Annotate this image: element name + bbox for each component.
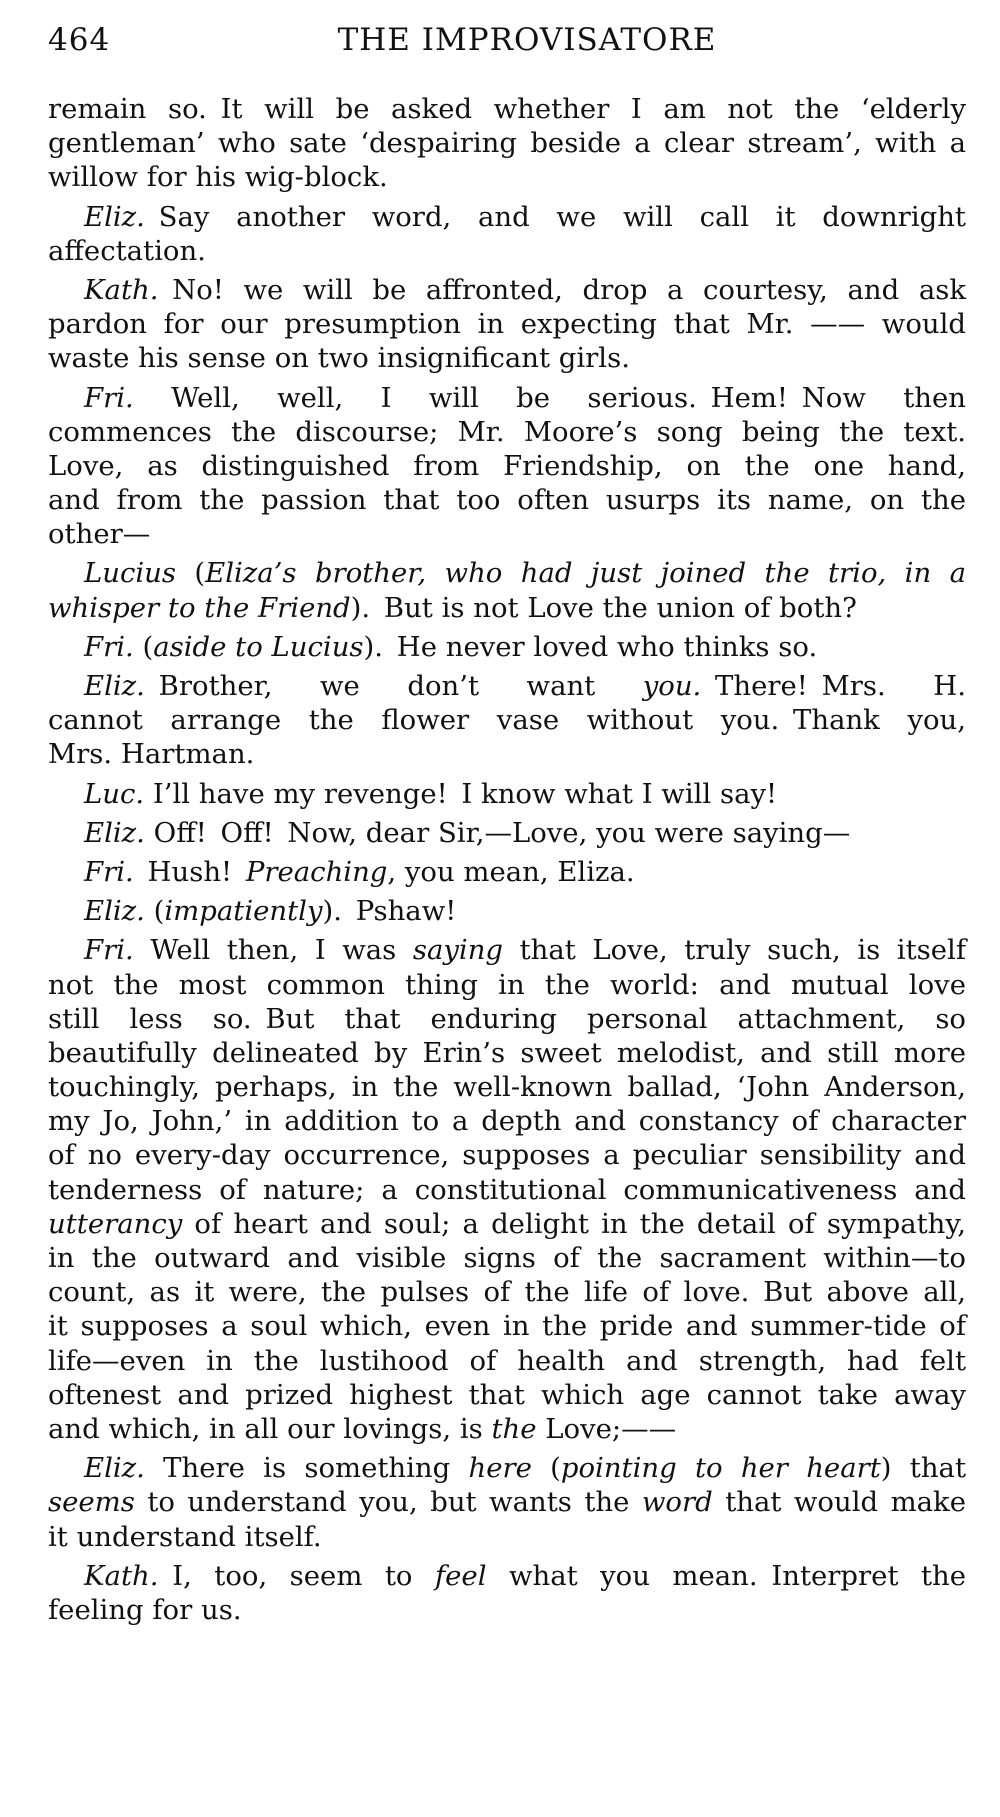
text-segment: I, too, seem to: [158, 1560, 435, 1592]
dialogue-paragraph: Luc. I’ll have my revenge! I know what I…: [48, 777, 966, 811]
speaker-name: Eliz.: [84, 201, 145, 233]
italic-text: aside to Lucius: [153, 631, 363, 663]
text-line: Mrs. Hartman.: [48, 737, 966, 771]
italic-text: pointing to her heart: [561, 1452, 881, 1484]
text-segment: Love, as distinguished from Friendship, …: [48, 450, 966, 482]
dialogue-paragraph: Fri. Well then, I was saying that Love, …: [48, 933, 966, 1446]
text-segment: still less so. But that enduring persona…: [48, 1003, 966, 1035]
text-segment: Well then, I was: [134, 934, 413, 966]
speaker-name: Fri.: [84, 382, 134, 414]
text-line: gentleman’ who sate ‘despairing beside a…: [48, 126, 966, 160]
text-segment: that would make: [713, 1486, 966, 1518]
text-segment: and from the passion that too often usur…: [48, 484, 966, 516]
text-line: Fri. (aside to Lucius). He never loved w…: [48, 630, 966, 664]
text-segment: I’ll have my revenge! I know what I will…: [144, 778, 777, 810]
text-segment: pardon for our presumption in expecting …: [48, 308, 966, 340]
dialogue-paragraph: Eliz. Off! Off! Now, dear Sir,—Love, you…: [48, 816, 966, 850]
text-segment: ) that: [881, 1452, 966, 1484]
text-line: not the most common thing in the world: …: [48, 968, 966, 1002]
text-segment: oftenest and prized highest that which a…: [48, 1379, 966, 1411]
speaker-name: Eliz.: [84, 1452, 145, 1484]
paragraph: remain so. It will be asked whether I am…: [48, 92, 966, 195]
text-segment: that Love, truly such, is itself: [503, 934, 966, 966]
text-segment: Off! Off! Now, dear Sir,—Love, you were …: [145, 817, 850, 849]
italic-text: seems: [48, 1486, 135, 1518]
italic-text: whisper to the Friend: [48, 592, 351, 624]
text-line: commences the discourse; Mr. Moore’s son…: [48, 415, 966, 449]
text-line: Eliz. There is something here (pointing …: [48, 1451, 966, 1485]
text-segment: tenderness of nature; a constitutional c…: [48, 1174, 966, 1206]
dialogue-paragraph: Kath. No! we will be affronted, drop a c…: [48, 273, 966, 376]
italic-text: Preaching: [246, 856, 388, 888]
text-line: life—even in the lustihood of health and…: [48, 1344, 966, 1378]
text-line: Eliz. (impatiently). Pshaw!: [48, 894, 966, 928]
text-segment: commences the discourse; Mr. Moore’s son…: [48, 416, 966, 448]
speaker-name: Fri.: [84, 934, 134, 966]
text-segment: it understand itself.: [48, 1521, 322, 1553]
text-segment: of no every-day occurrence, supposes a p…: [48, 1139, 966, 1171]
text-line: waste his sense on two insignificant gir…: [48, 341, 966, 375]
italic-text: utterancy: [48, 1208, 182, 1240]
text-line: seems to understand you, but wants the w…: [48, 1485, 966, 1519]
text-segment: touchingly, perhaps, in the well-known b…: [48, 1071, 966, 1103]
text-segment: it supposes a soul which, even in the pr…: [48, 1310, 966, 1342]
dialogue-paragraph: Eliz. (impatiently). Pshaw!: [48, 894, 966, 928]
text-line: remain so. It will be asked whether I am…: [48, 92, 966, 126]
text-segment: to understand you, but wants the: [135, 1486, 642, 1518]
text-line: and which, in all our lovings, is the Lo…: [48, 1412, 966, 1446]
speaker-name: Fri.: [84, 631, 134, 663]
text-line: Fri. Hush! Preaching, you mean, Eliza.: [48, 855, 966, 889]
text-segment: ). Pshaw!: [322, 895, 456, 927]
text-segment: ). He never loved who thinks so.: [364, 631, 818, 663]
text-segment: affectation.: [48, 235, 206, 267]
text-segment: Brother, we don’t want: [145, 670, 643, 702]
speaker-name: Luc.: [84, 778, 144, 810]
text-line: and from the passion that too often usur…: [48, 483, 966, 517]
text-line: still less so. But that enduring persona…: [48, 1002, 966, 1036]
speaker-name: Kath.: [84, 274, 158, 306]
speaker-name: Eliz.: [84, 895, 145, 927]
dialogue-paragraph: Eliz. There is something here (pointing …: [48, 1451, 966, 1554]
text-line: Kath. I, too, seem to feel what you mean…: [48, 1559, 966, 1593]
text-line: Love, as distinguished from Friendship, …: [48, 449, 966, 483]
dialogue-paragraph: Eliz. Brother, we don’t want you. There!…: [48, 669, 966, 772]
text-segment: other—: [48, 518, 150, 550]
dialogue-paragraph: Fri. Hush! Preaching, you mean, Eliza.: [48, 855, 966, 889]
text-line: willow for his wig-block.: [48, 160, 966, 194]
text-line: of no every-day occurrence, supposes a p…: [48, 1138, 966, 1172]
text-segment: life—even in the lustihood of health and…: [48, 1345, 966, 1377]
dialogue-paragraph: Fri. (aside to Lucius). He never loved w…: [48, 630, 966, 664]
text-segment: waste his sense on two insignificant gir…: [48, 342, 630, 374]
text-segment: of heart and soul; a delight in the deta…: [182, 1208, 966, 1240]
text-line: feeling for us.: [48, 1593, 966, 1627]
speaker-name: Kath.: [84, 1560, 158, 1592]
italic-text: here: [468, 1452, 531, 1484]
text-segment: Hush!: [134, 856, 246, 888]
text-segment: count, as it were, the pulses of the lif…: [48, 1276, 966, 1308]
text-line: touchingly, perhaps, in the well-known b…: [48, 1070, 966, 1104]
text-segment: what you mean. Interpret the: [487, 1560, 967, 1592]
text-segment: (: [532, 1452, 561, 1484]
running-title: THE IMPROVISATORE: [48, 22, 966, 58]
speaker-name: Eliz.: [84, 817, 145, 849]
text-line: other—: [48, 517, 966, 551]
text-line: tenderness of nature; a constitutional c…: [48, 1173, 966, 1207]
text-segment: willow for his wig-block.: [48, 161, 388, 193]
text-line: affectation.: [48, 234, 966, 268]
text-line: Fri. Well then, I was saying that Love, …: [48, 933, 966, 967]
text-segment: gentleman’ who sate ‘despairing beside a…: [48, 127, 966, 159]
text-line: whisper to the Friend). But is not Love …: [48, 591, 966, 625]
text-line: it understand itself.: [48, 1520, 966, 1554]
dialogue-paragraph: Fri. Well, well, I will be serious. Hem!…: [48, 381, 966, 552]
speaker-name: Fri.: [84, 856, 134, 888]
text-line: Fri. Well, well, I will be serious. Hem!…: [48, 381, 966, 415]
text-segment: Love;——: [537, 1413, 677, 1445]
text-segment: There! Mrs. H.: [701, 670, 966, 702]
text-line: Lucius (Eliza’s brother, who had just jo…: [48, 556, 966, 590]
speaker-name: Lucius: [84, 557, 176, 589]
text-segment: feeling for us.: [48, 1594, 242, 1626]
text-line: my Jo, John,’ in addition to a depth and…: [48, 1104, 966, 1138]
text-line: Eliz. Brother, we don’t want you. There!…: [48, 669, 966, 703]
text-segment: my Jo, John,’ in addition to a depth and…: [48, 1105, 966, 1137]
dialogue-paragraph: Eliz. Say another word, and we will call…: [48, 200, 966, 268]
text-segment: (: [176, 557, 205, 589]
running-header: 464 THE IMPROVISATORE: [48, 22, 966, 62]
text-segment: , you mean, Eliza.: [387, 856, 634, 888]
text-segment: There is something: [145, 1452, 469, 1484]
text-line: beautifully delineated by Erin’s sweet m…: [48, 1036, 966, 1070]
page-body: remain so. It will be asked whether I am…: [48, 92, 966, 1627]
italic-text: saying: [413, 934, 503, 966]
text-line: count, as it were, the pulses of the lif…: [48, 1275, 966, 1309]
text-segment: Mrs. Hartman.: [48, 738, 254, 770]
text-segment: not the most common thing in the world: …: [48, 969, 966, 1001]
text-segment: remain so. It will be asked whether I am…: [48, 93, 966, 125]
text-line: in the outward and visible signs of the …: [48, 1241, 966, 1275]
dialogue-paragraph: Kath. I, too, seem to feel what you mean…: [48, 1559, 966, 1627]
text-segment: (: [145, 895, 164, 927]
italic-text: the: [491, 1413, 536, 1445]
dialogue-paragraph: Lucius (Eliza’s brother, who had just jo…: [48, 556, 966, 624]
text-segment: Say another word, and we will call it do…: [145, 201, 966, 233]
text-line: oftenest and prized highest that which a…: [48, 1378, 966, 1412]
text-segment: and which, in all our lovings, is: [48, 1413, 491, 1445]
text-line: Kath. No! we will be affronted, drop a c…: [48, 273, 966, 307]
text-segment: Well, well, I will be serious. Hem! Now …: [134, 382, 966, 414]
speaker-name: Eliz.: [84, 670, 145, 702]
text-segment: beautifully delineated by Erin’s sweet m…: [48, 1037, 966, 1069]
text-line: Eliz. Off! Off! Now, dear Sir,—Love, you…: [48, 816, 966, 850]
italic-text: impatiently: [164, 895, 322, 927]
text-line: it supposes a soul which, even in the pr…: [48, 1309, 966, 1343]
text-line: cannot arrange the flower vase without y…: [48, 703, 966, 737]
text-segment: in the outward and visible signs of the …: [48, 1242, 966, 1274]
text-line: utterancy of heart and soul; a delight i…: [48, 1207, 966, 1241]
text-segment: (: [134, 631, 153, 663]
text-line: pardon for our presumption in expecting …: [48, 307, 966, 341]
text-segment: cannot arrange the flower vase without y…: [48, 704, 966, 736]
text-segment: ). But is not Love the union of both?: [351, 592, 857, 624]
italic-text: you.: [643, 670, 702, 702]
text-segment: No! we will be affronted, drop a courtes…: [158, 274, 966, 306]
italic-text: Eliza’s brother, who had just joined the…: [205, 557, 966, 589]
italic-text: feel: [435, 1560, 487, 1592]
text-line: Eliz. Say another word, and we will call…: [48, 200, 966, 234]
italic-text: word: [642, 1486, 713, 1518]
text-line: Luc. I’ll have my revenge! I know what I…: [48, 777, 966, 811]
